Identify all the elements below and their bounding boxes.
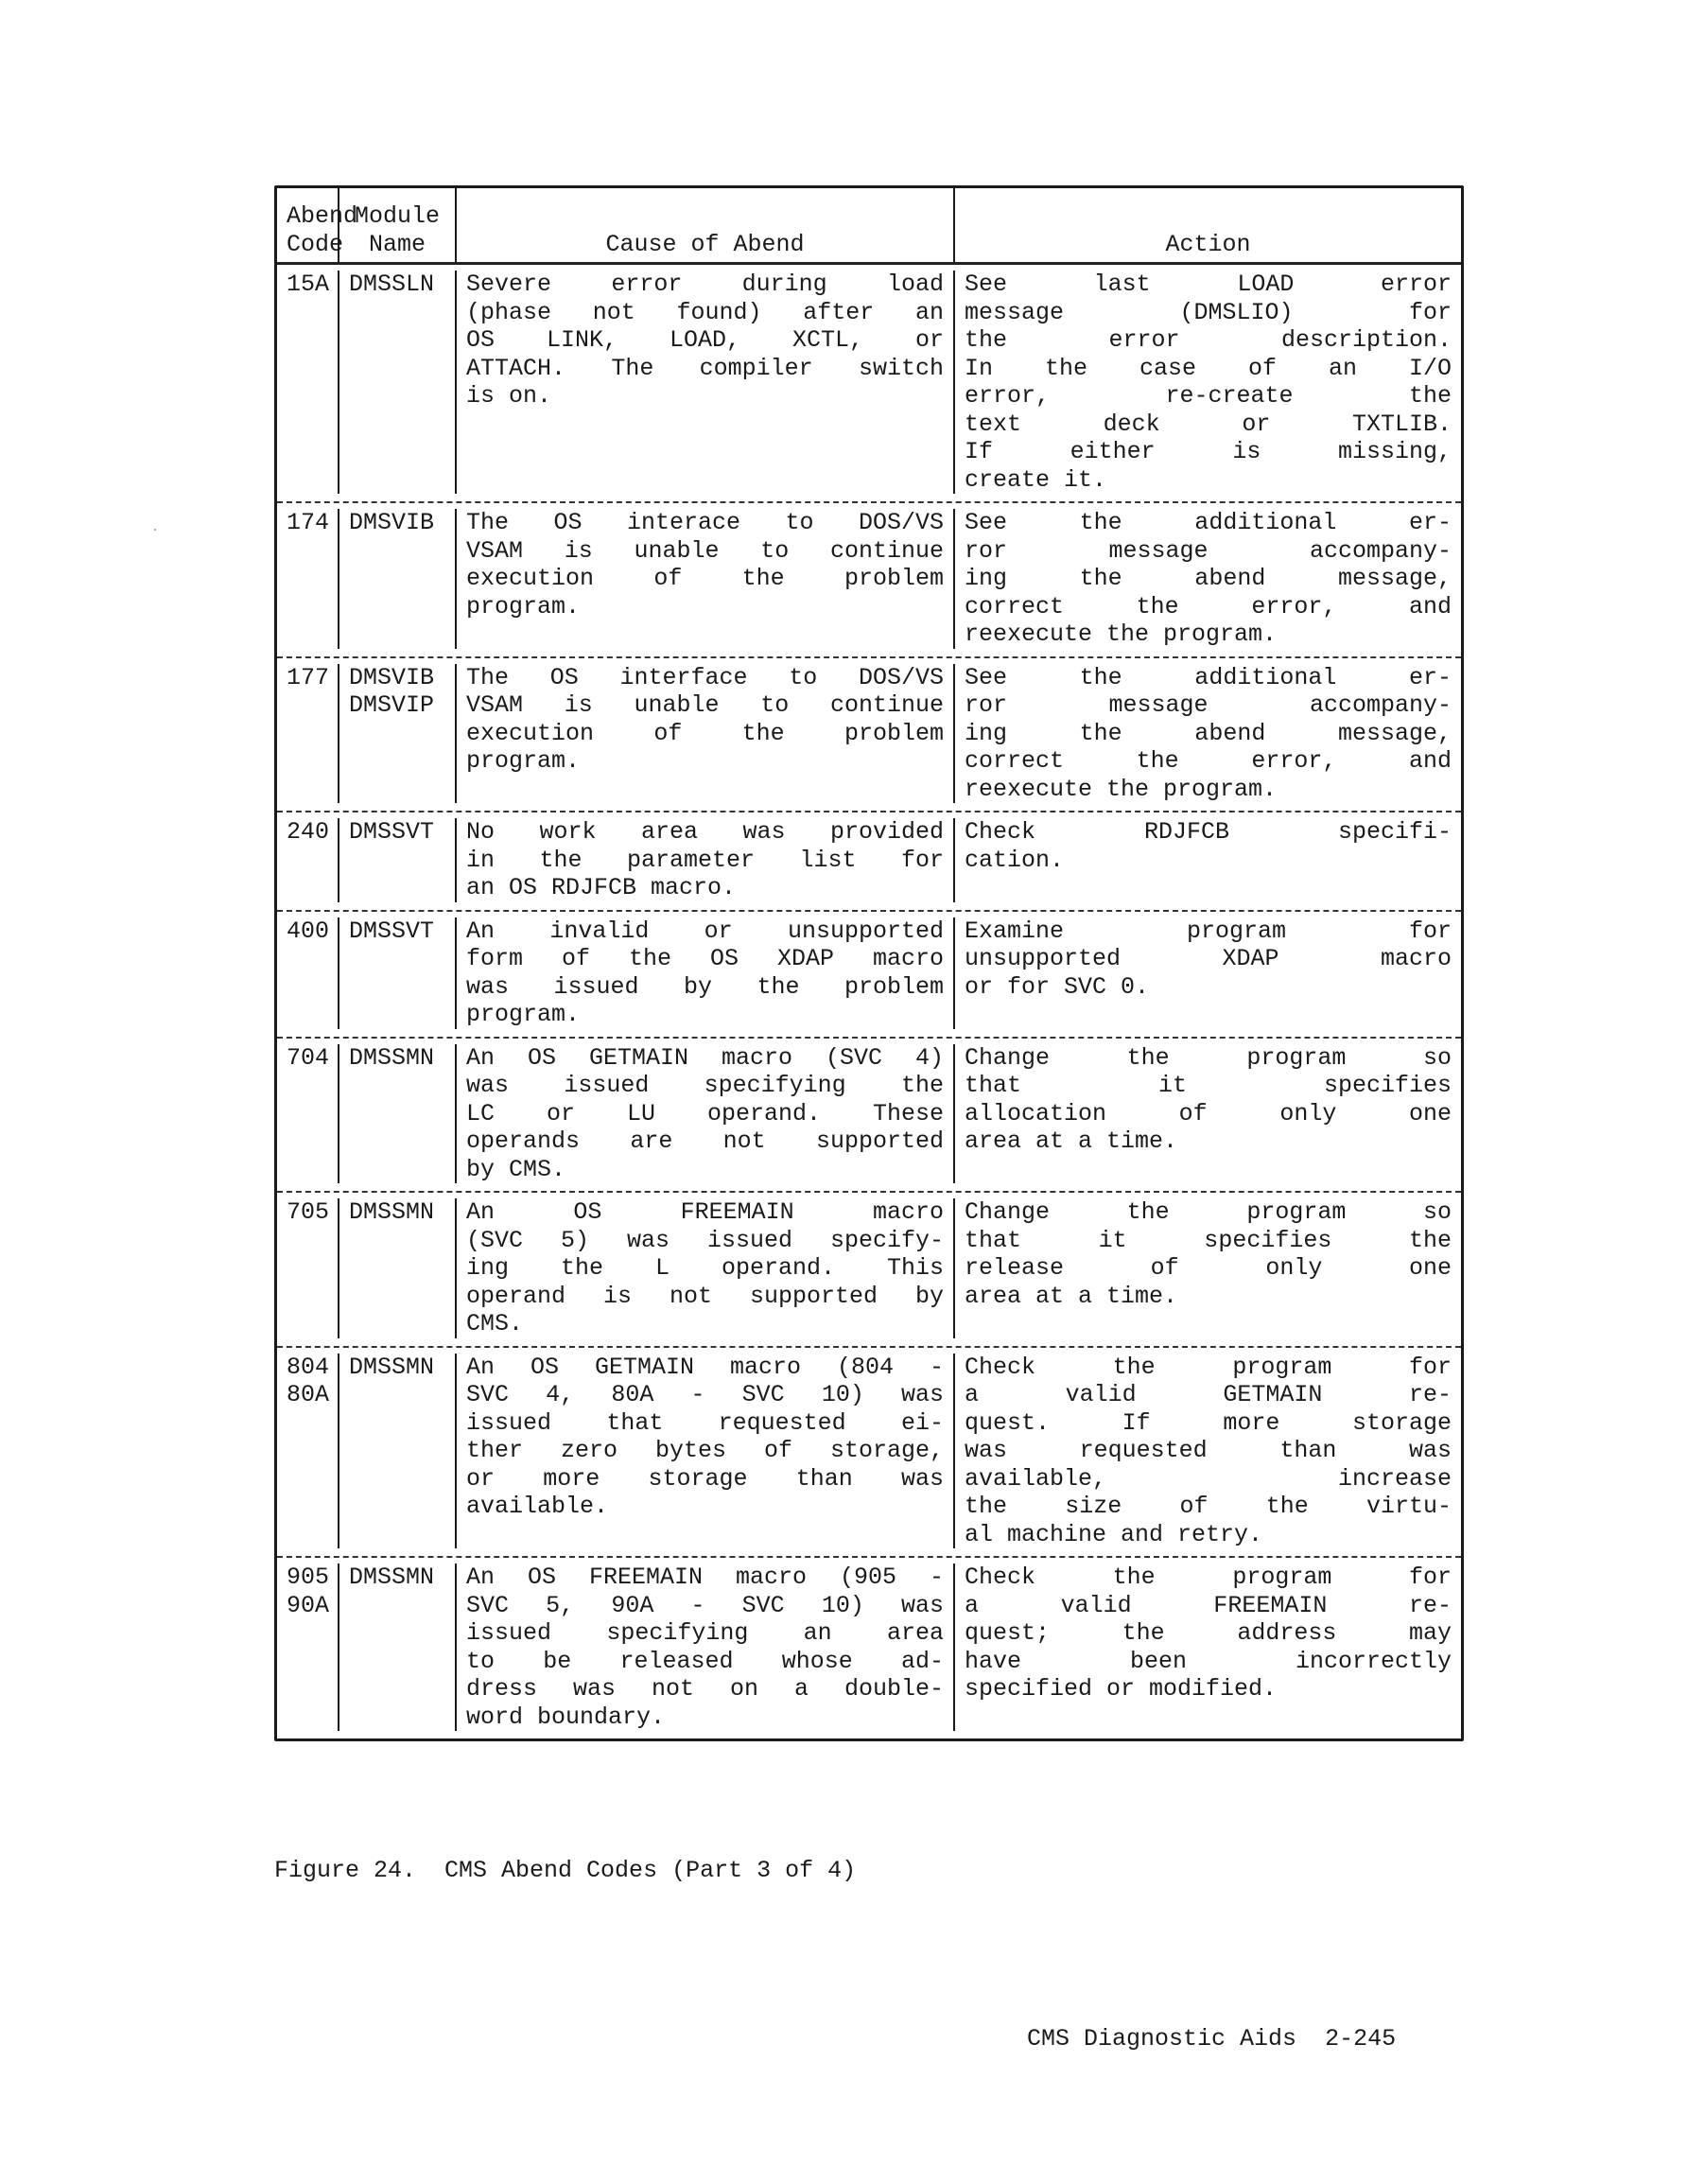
action-cell: See last LOAD errormessage (DMSLIO) fort… (953, 271, 1461, 494)
action-cell: Check the program fora valid FREEMAIN re… (953, 1564, 1461, 1731)
header-line: Abend (287, 202, 338, 231)
page-footer: CMS Diagnostic Aids 2-245 (1027, 2025, 1396, 2053)
text-line: DMSSMN (349, 1198, 455, 1227)
text-line: 804 (287, 1354, 338, 1382)
text-line: quest. If more storage (965, 1409, 1452, 1438)
text-line: release of only one (965, 1254, 1452, 1283)
action-cell: Check the program fora valid GETMAIN re-… (953, 1354, 1461, 1549)
text-line: correct the error, and (965, 593, 1452, 621)
text-line: An OS GETMAIN macro (804 - (466, 1354, 944, 1382)
text-line: have been incorrectly (965, 1648, 1452, 1676)
table-header: Abend Code Module Name Cause of Abend Ac… (277, 188, 1461, 265)
document-page: Abend Code Module Name Cause of Abend Ac… (0, 0, 1687, 2184)
text-line: the error description. (965, 326, 1452, 355)
text-line: is on. (466, 382, 944, 411)
text-line: unsupported XDAP macro (965, 945, 1452, 973)
module-name-cell: DMSSMN (338, 1198, 455, 1338)
text-line: was issued specifying the (466, 1072, 944, 1100)
text-line: issued that requested ei- (466, 1409, 944, 1438)
text-line: CMS. (466, 1310, 944, 1338)
text-line: 240 (287, 818, 338, 847)
text-line: An OS GETMAIN macro (SVC 4) (466, 1044, 944, 1073)
table-row: 704DMSSMNAn OS GETMAIN macro (SVC 4)was … (277, 1039, 1461, 1194)
table-row: 240DMSSVTNo work area was providedin the… (277, 812, 1461, 912)
header-line: Name (339, 231, 455, 259)
text-line: Change the program so (965, 1198, 1452, 1227)
text-line: 705 (287, 1198, 338, 1227)
module-name-cell: DMSSMN (338, 1564, 455, 1731)
text-line: reexecute the program. (965, 620, 1452, 649)
module-name-cell: DMSSVT (338, 917, 455, 1029)
text-line: text deck or TXTLIB. (965, 411, 1452, 439)
text-line: The OS interace to DOS/VS (466, 509, 944, 537)
cause-cell: An OS GETMAIN macro (804 -SVC 4, 80A - S… (455, 1354, 953, 1549)
module-name-cell: DMSSMN (338, 1044, 455, 1184)
text-line: form of the OS XDAP macro (466, 945, 944, 973)
text-line: See last LOAD error (965, 271, 1452, 299)
cause-cell: The OS interface to DOS/VSVSAM is unable… (455, 664, 953, 804)
module-name-cell: DMSVIBDMSVIP (338, 664, 455, 804)
text-line: VSAM is unable to continue (466, 537, 944, 566)
text-line: Severe error during load (466, 271, 944, 299)
text-line: (phase not found) after an (466, 299, 944, 327)
text-line: that it specifies the (965, 1227, 1452, 1255)
text-line: OS LINK, LOAD, XCTL, or (466, 326, 944, 355)
text-line: If either is missing, (965, 438, 1452, 466)
text-line: ror message accompany- (965, 537, 1452, 566)
cause-cell: An invalid or unsupportedform of the OS … (455, 917, 953, 1029)
text-line: VSAM is unable to continue (466, 691, 944, 720)
header-abend-code: Abend Code (277, 188, 338, 262)
text-line: a valid GETMAIN re- (965, 1381, 1452, 1409)
text-line: 15A (287, 271, 338, 299)
text-line: See the additional er- (965, 664, 1452, 692)
text-line: DMSSVT (349, 818, 455, 847)
text-line: or for SVC 0. (965, 973, 1452, 1002)
module-name-cell: DMSSMN (338, 1354, 455, 1549)
text-line: DMSSLN (349, 271, 455, 299)
text-line: was issued by the problem (466, 973, 944, 1002)
text-line: available, increase (965, 1465, 1452, 1494)
table-row: 705DMSSMNAn OS FREEMAIN macro(SVC 5) was… (277, 1193, 1461, 1348)
abend-code-cell: 174 (277, 509, 338, 649)
text-line: ther zero bytes of storage, (466, 1437, 944, 1465)
text-line: available. (466, 1493, 944, 1521)
text-line: DMSSMN (349, 1354, 455, 1382)
table-row: 80480ADMSSMNAn OS GETMAIN macro (804 -SV… (277, 1348, 1461, 1559)
text-line: to be released whose ad- (466, 1648, 944, 1676)
cause-cell: An OS FREEMAIN macro (905 -SVC 5, 90A - … (455, 1564, 953, 1731)
text-line: program. (466, 747, 944, 776)
table-row: 15ADMSSLNSevere error during load(phase … (277, 265, 1461, 503)
scan-speck (154, 529, 156, 531)
text-line: al machine and retry. (965, 1521, 1452, 1549)
header-line: Module (339, 202, 455, 231)
text-line: reexecute the program. (965, 776, 1452, 804)
text-line: in the parameter list for (466, 847, 944, 875)
action-cell: Change the program sothat it specifies t… (953, 1198, 1461, 1338)
text-line: correct the error, and (965, 747, 1452, 776)
action-cell: See the additional er-ror message accomp… (953, 664, 1461, 804)
action-cell: Change the program sothat it specifiesal… (953, 1044, 1461, 1184)
text-line: SVC 4, 80A - SVC 10) was (466, 1381, 944, 1409)
header-action: Action (953, 188, 1461, 262)
abend-code-cell: 90590A (277, 1564, 338, 1731)
text-line: DMSSMN (349, 1044, 455, 1073)
text-line: An OS FREEMAIN macro (905 - (466, 1564, 944, 1592)
table-row: 400DMSSVTAn invalid or unsupportedform o… (277, 912, 1461, 1039)
text-line: LC or LU operand. These (466, 1100, 944, 1128)
text-line: by CMS. (466, 1156, 944, 1184)
text-line: 80A (287, 1381, 338, 1409)
text-line: specified or modified. (965, 1675, 1452, 1704)
text-line: operands are not supported (466, 1127, 944, 1156)
text-line: that it specifies (965, 1072, 1452, 1100)
abend-codes-table: Abend Code Module Name Cause of Abend Ac… (274, 185, 1464, 1741)
text-line: create it. (965, 466, 1452, 495)
text-line: operand is not supported by (466, 1283, 944, 1311)
cause-cell: An OS FREEMAIN macro(SVC 5) was issued s… (455, 1198, 953, 1338)
text-line: ATTACH. The compiler switch (466, 355, 944, 383)
text-line: dress was not on a double- (466, 1675, 944, 1704)
text-line: execution of the problem (466, 565, 944, 593)
footer-spacer (1296, 2025, 1325, 2053)
text-line: ing the abend message, (965, 720, 1452, 748)
text-line: ror message accompany- (965, 691, 1452, 720)
abend-code-cell: 704 (277, 1044, 338, 1184)
abend-code-cell: 177 (277, 664, 338, 804)
action-cell: Check RDJFCB specifi-cation. (953, 818, 1461, 902)
text-line: 90A (287, 1592, 338, 1620)
text-line: message (DMSLIO) for (965, 299, 1452, 327)
text-line: The OS interface to DOS/VS (466, 664, 944, 692)
text-line: area at a time. (965, 1283, 1452, 1311)
cause-cell: An OS GETMAIN macro (SVC 4)was issued sp… (455, 1044, 953, 1184)
header-line: Cause of Abend (466, 231, 944, 259)
cause-cell: No work area was providedin the paramete… (455, 818, 953, 902)
abend-code-cell: 80480A (277, 1354, 338, 1549)
header-line: Code (287, 231, 338, 259)
figure-caption: Figure 24. CMS Abend Codes (Part 3 of 4) (274, 1857, 856, 1885)
text-line: an OS RDJFCB macro. (466, 874, 944, 902)
module-name-cell: DMSVIB (338, 509, 455, 649)
text-line: word boundary. (466, 1704, 944, 1732)
abend-code-cell: 240 (277, 818, 338, 902)
text-line: cation. (965, 847, 1452, 875)
text-line: See the additional er- (965, 509, 1452, 537)
text-line: a valid FREEMAIN re- (965, 1592, 1452, 1620)
table-row: 174DMSVIBThe OS interace to DOS/VSVSAM i… (277, 503, 1461, 658)
table-row: 177DMSVIBDMSVIPThe OS interface to DOS/V… (277, 658, 1461, 813)
text-line: 905 (287, 1564, 338, 1592)
text-line: was requested than was (965, 1437, 1452, 1465)
text-line: 704 (287, 1044, 338, 1073)
cause-cell: The OS interace to DOS/VSVSAM is unable … (455, 509, 953, 649)
text-line: ing the abend message, (965, 565, 1452, 593)
text-line: program. (466, 1001, 944, 1029)
text-line: An invalid or unsupported (466, 917, 944, 946)
text-line: DMSSVT (349, 917, 455, 946)
text-line: 400 (287, 917, 338, 946)
text-line: DMSSMN (349, 1564, 455, 1592)
module-name-cell: DMSSLN (338, 271, 455, 494)
text-line: An OS FREEMAIN macro (466, 1198, 944, 1227)
cause-cell: Severe error during load(phase not found… (455, 271, 953, 494)
text-line: the size of the virtu- (965, 1493, 1452, 1521)
header-line: Action (965, 231, 1452, 259)
text-line: DMSVIB (349, 509, 455, 537)
text-line: Check the program for (965, 1564, 1452, 1592)
abend-code-cell: 15A (277, 271, 338, 494)
text-line: 174 (287, 509, 338, 537)
text-line: (SVC 5) was issued specify- (466, 1227, 944, 1255)
text-line: quest; the address may (965, 1619, 1452, 1648)
text-line: or more storage than was (466, 1465, 944, 1494)
footer-page-number: 2-245 (1325, 2025, 1396, 2053)
text-line: Check the program for (965, 1354, 1452, 1382)
footer-section-title: CMS Diagnostic Aids (1027, 2025, 1296, 2053)
table-row: 90590ADMSSMNAn OS FREEMAIN macro (905 -S… (277, 1558, 1461, 1738)
text-line: DMSVIB (349, 664, 455, 692)
text-line: Examine program for (965, 917, 1452, 946)
header-cause: Cause of Abend (455, 188, 953, 262)
text-line: issued specifying an area (466, 1619, 944, 1648)
text-line: DMSVIP (349, 691, 455, 720)
text-line: error, re-create the (965, 382, 1452, 411)
text-line: SVC 5, 90A - SVC 10) was (466, 1592, 944, 1620)
header-module-name: Module Name (338, 188, 455, 262)
abend-code-cell: 400 (277, 917, 338, 1029)
text-line: execution of the problem (466, 720, 944, 748)
module-name-cell: DMSSVT (338, 818, 455, 902)
text-line: area at a time. (965, 1127, 1452, 1156)
text-line: program. (466, 593, 944, 621)
text-line: No work area was provided (466, 818, 944, 847)
text-line: Check RDJFCB specifi- (965, 818, 1452, 847)
action-cell: See the additional er-ror message accomp… (953, 509, 1461, 649)
text-line: allocation of only one (965, 1100, 1452, 1128)
text-line: ing the L operand. This (466, 1254, 944, 1283)
text-line: Change the program so (965, 1044, 1452, 1073)
table-body: 15ADMSSLNSevere error during load(phase … (277, 265, 1461, 1738)
abend-code-cell: 705 (277, 1198, 338, 1338)
text-line: In the case of an I/O (965, 355, 1452, 383)
action-cell: Examine program forunsupported XDAP macr… (953, 917, 1461, 1029)
text-line: 177 (287, 664, 338, 692)
